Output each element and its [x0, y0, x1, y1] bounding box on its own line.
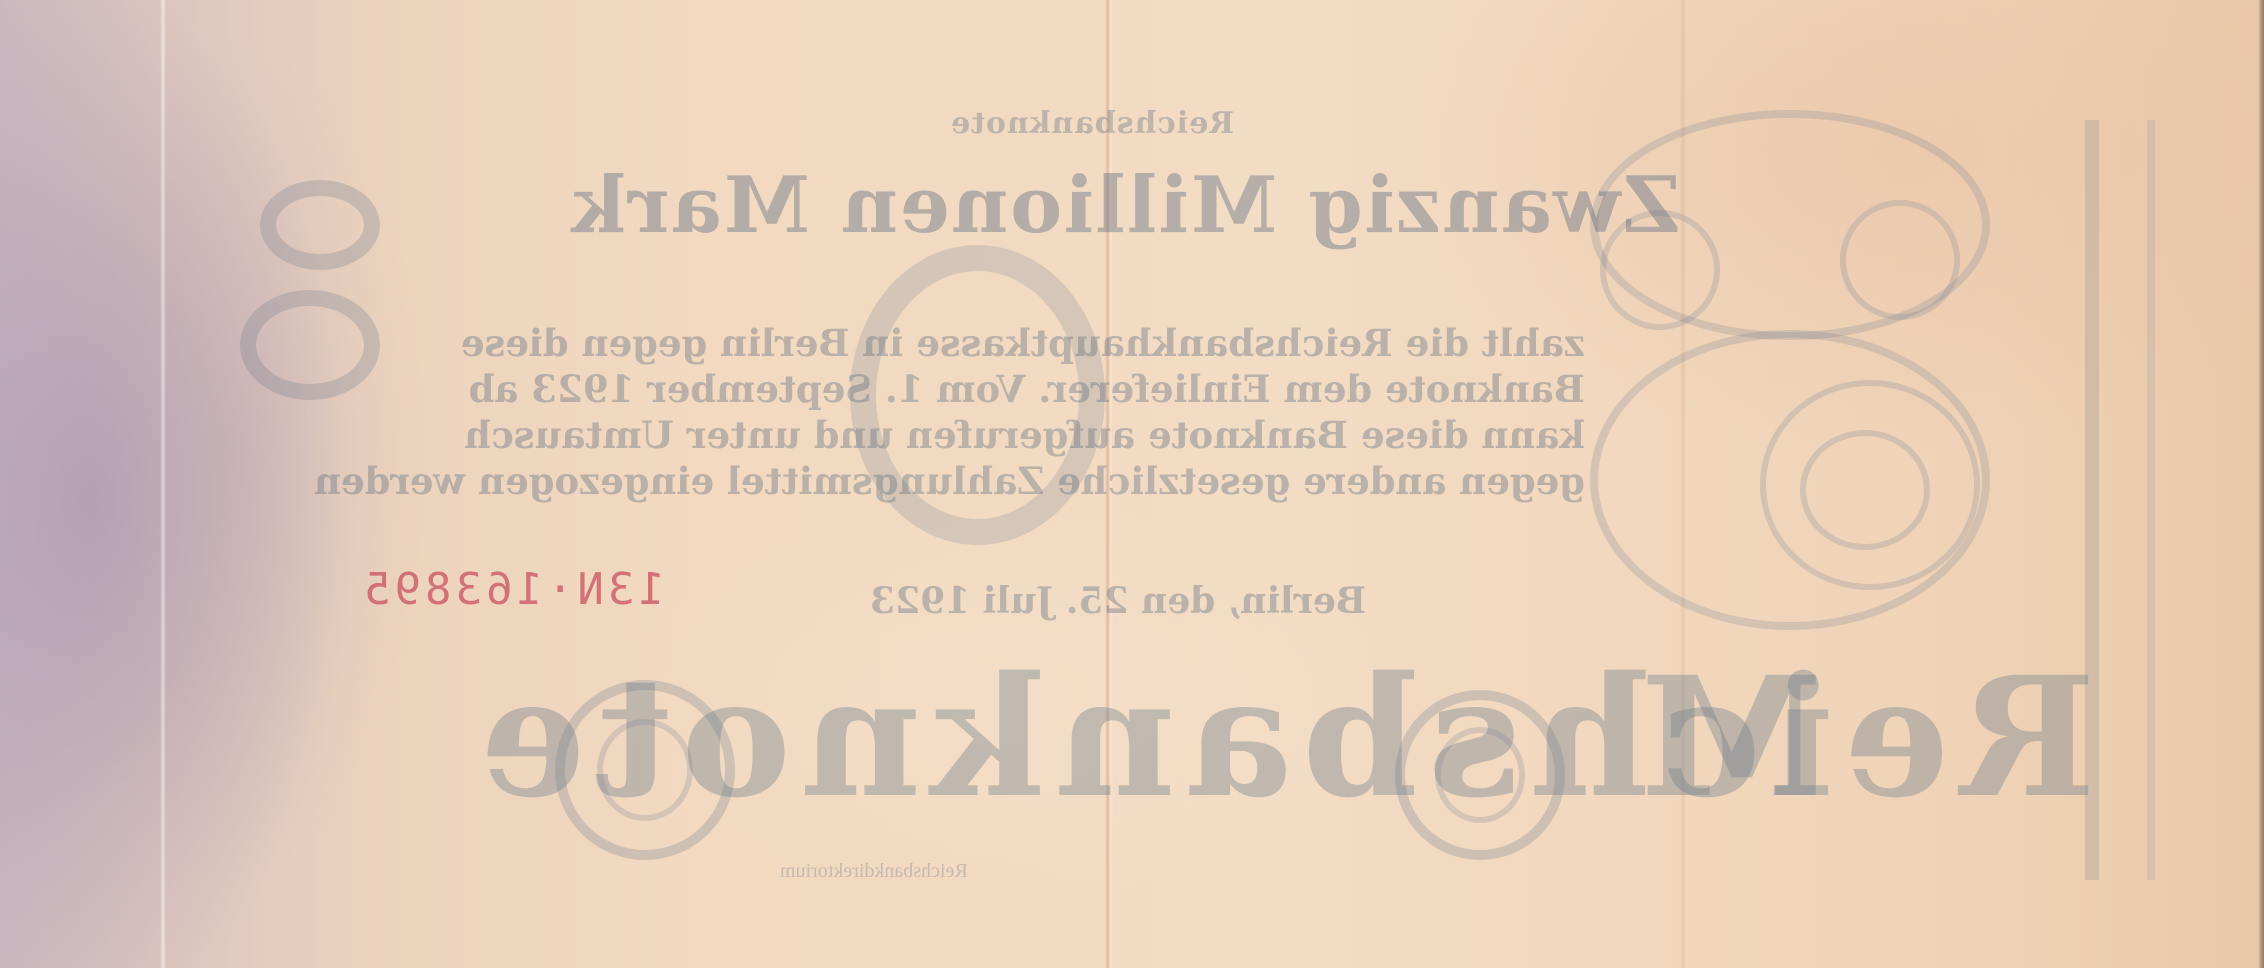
note-title: Zwanzig Millionen Mark: [570, 160, 1680, 251]
note-body-text: zahlt die Reichsbankhauptkasse in Berlin…: [585, 320, 1585, 504]
serial-number: 13N·163895: [360, 564, 665, 615]
rosette-icon: [1800, 430, 1930, 550]
banknote-reverse: Reichsbanknote Zwanzig Millionen Mark za…: [0, 0, 2264, 968]
denomination-mark: M: [1640, 640, 1823, 834]
issue-date: Berlin, den 25. Juli 1923: [870, 580, 1366, 622]
issuer-label: Reichsbanknote: [950, 106, 1234, 141]
body-line: gegen andere gesetzliche Zahlungsmittel …: [585, 458, 1585, 504]
body-line: kann diese Banknote aufgerufen und unter…: [585, 412, 1585, 458]
fold-line: [160, 0, 166, 968]
signature-line: Reichsbankdirektorium: [780, 860, 968, 883]
rosette-icon: [1840, 200, 1960, 320]
ornament-numeral-icon: [240, 290, 380, 400]
body-line: Banknote dem Einlieferer. Vom 1. Septemb…: [585, 366, 1585, 412]
seal-icon: [1395, 690, 1565, 860]
paper-edge: [2259, 0, 2264, 968]
seal-icon: [555, 680, 735, 860]
body-line: zahlt die Reichsbankhauptkasse in Berlin…: [585, 320, 1585, 366]
ornament-numeral-icon: [260, 180, 380, 270]
